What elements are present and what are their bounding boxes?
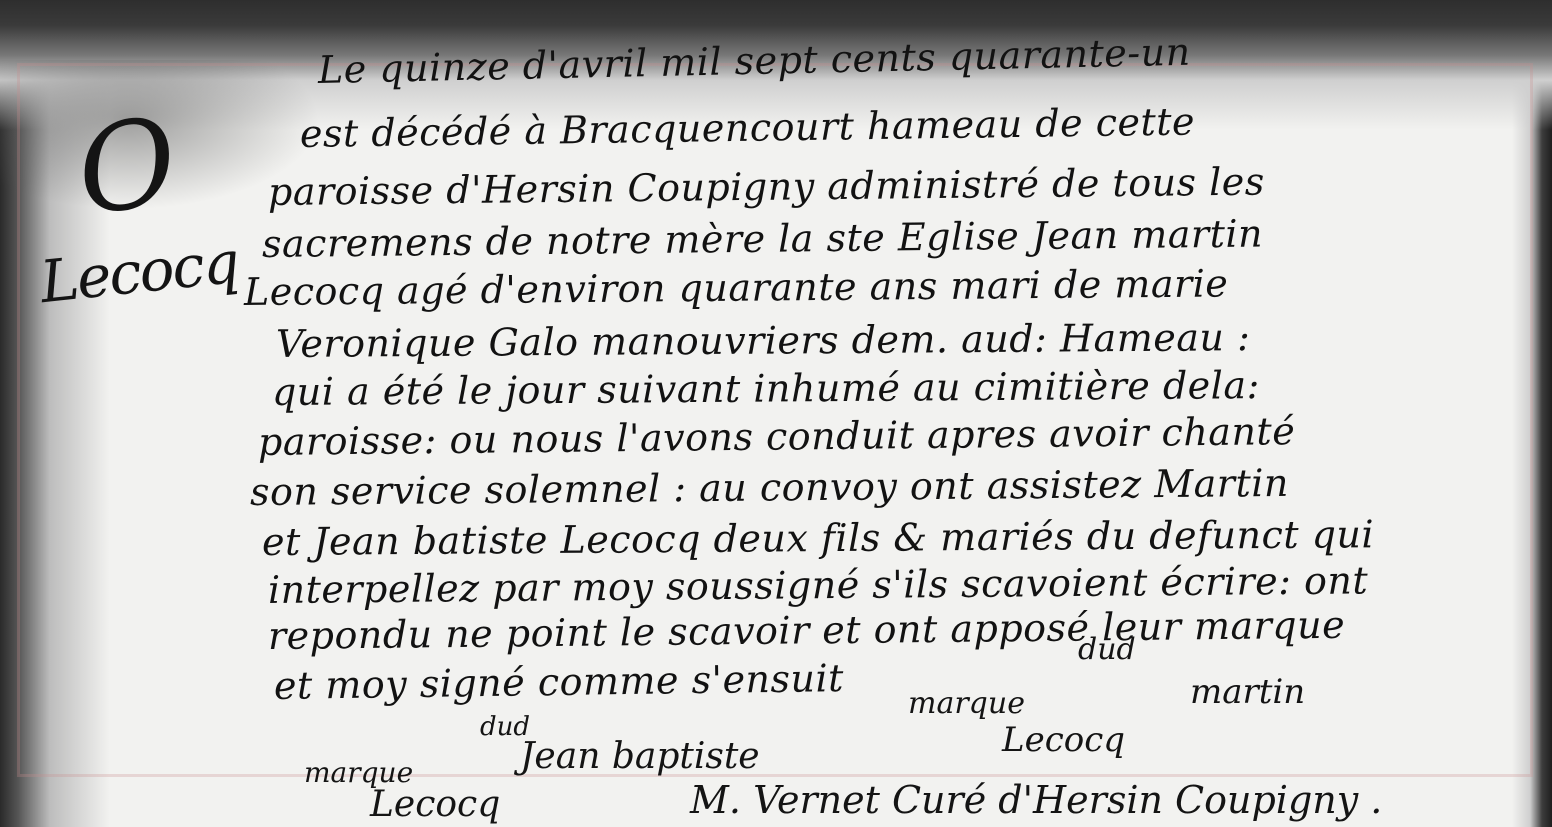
manuscript-page: O Lecocq Le quinze d'avril mil sept cent… [0, 0, 1552, 827]
text-line: Lecocq agé d'environ quarante ans mari d… [244, 261, 1229, 314]
signature-surname: Lecocq [1002, 720, 1125, 760]
text-line: est décédé à Bracquencourt hameau de cet… [300, 100, 1196, 156]
signature-surname: Lecocq [370, 784, 500, 825]
text-line: son service solemnel : au convoy ont ass… [250, 461, 1289, 514]
entry-body: Le quinze d'avril mil sept cents quarant… [0, 0, 1552, 827]
text-line: sacremens de notre mère la ste Eglise Je… [262, 212, 1263, 266]
text-line: Le quinze d'avril mil sept cents quarant… [318, 30, 1191, 92]
ditto-mark: dud [1078, 632, 1136, 667]
text-line: repondu ne point le scavoir et ont appos… [268, 603, 1346, 658]
cure-signature: M. Vernet Curé d'Hersin Coupigny . [690, 778, 1382, 822]
marque-label: marque [908, 686, 1025, 721]
text-line: qui a été le jour suivant inhumé au cimi… [272, 363, 1260, 414]
signature-name: Jean baptiste [520, 736, 760, 777]
text-line: et Jean batiste Lecocq deux fils & marié… [262, 512, 1374, 564]
text-line: paroisse d'Hersin Coupigny administré de… [268, 160, 1265, 214]
text-line: Veronique Galo manouvriers dem. aud: Ham… [276, 315, 1251, 366]
text-line: paroisse: ou nous l'avons conduit apres … [258, 409, 1296, 464]
text-line: et moy signé comme s'ensuit [274, 656, 844, 708]
signature-name: martin [1190, 672, 1305, 712]
